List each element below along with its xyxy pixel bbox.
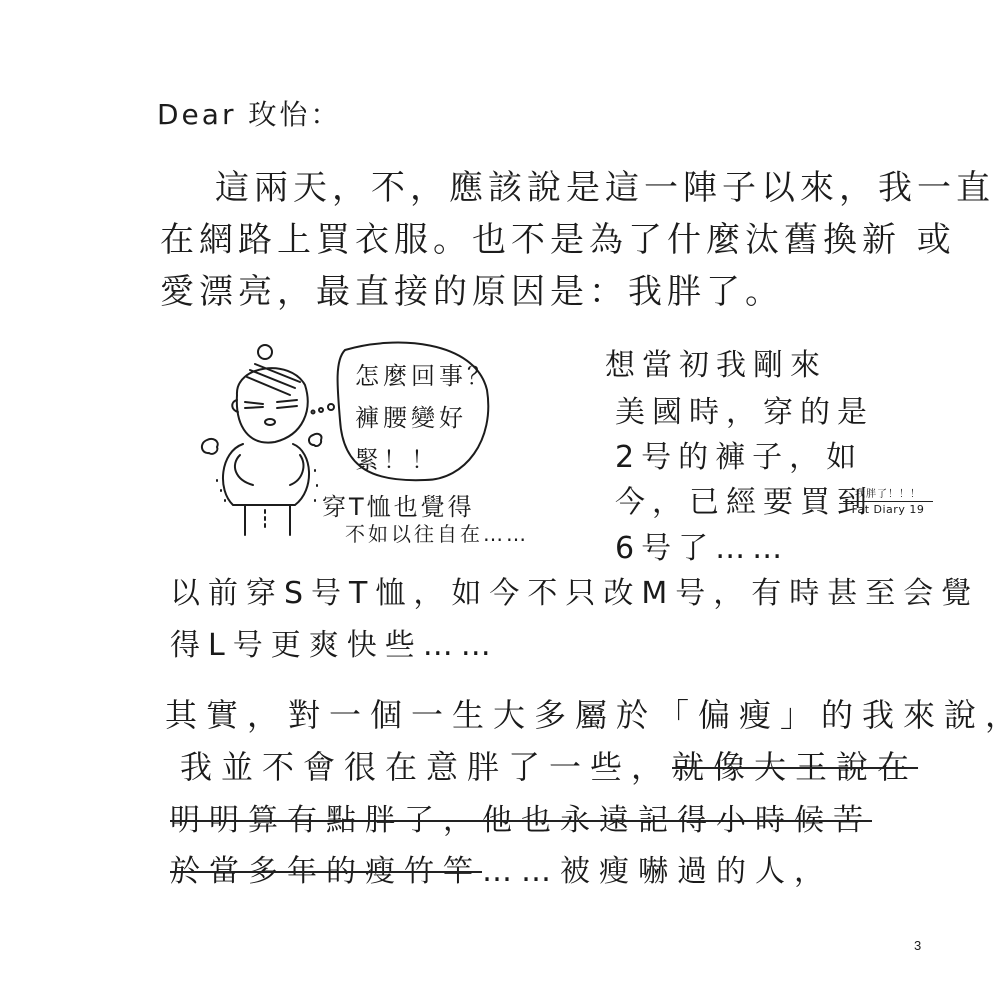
paragraph3-line4: 於當多年的瘦竹竿……被瘦嚇過的人， xyxy=(170,846,833,890)
section-subtitle: Fat Diary 19 xyxy=(843,502,933,516)
bubble-line3: 緊！！ xyxy=(355,440,439,475)
bubble-line1: 怎麼回事？ xyxy=(355,356,495,391)
page-number: 3 xyxy=(914,938,921,953)
paragraph3-line4-text: ……被瘦嚇過的人， xyxy=(482,854,833,889)
paragraph3-line1: 其實，對一個一生大多屬於「偏瘦」的我來說， xyxy=(165,690,1000,736)
struck-text: 於當多年的瘦竹竿 xyxy=(170,854,482,889)
right-col-line3: 2号的褲子，如 xyxy=(615,432,863,476)
paragraph3-line2: 我並不會很在意胖了一些，就像大王說在 xyxy=(180,742,918,788)
paragraph1-line1: 這兩天，不，應該說是這一陣子以來，我一直 xyxy=(215,160,995,209)
right-col-line4: 今，已經要買到 xyxy=(615,477,874,521)
right-col-line1: 想當初我剛來 xyxy=(605,340,827,384)
struck-text: 就像大王說在 xyxy=(672,748,918,786)
paragraph2-line1: 以前穿S号T恤，如今不只改M号，有時甚至会覺 xyxy=(170,568,979,612)
section-marker: 我胖了！！！ Fat Diary 19 xyxy=(843,485,933,516)
paragraph1-line3: 愛漂亮，最直接的原因是：我胖了。 xyxy=(160,264,784,313)
greeting: Dear 玫怡： xyxy=(157,93,341,133)
bubble-line2: 褲腰變好 xyxy=(355,398,467,433)
paragraph1-line2: 在網路上買衣服。也不是為了什麼汰舊換新 或 xyxy=(160,212,956,261)
section-title: 我胖了！！！ xyxy=(843,485,933,502)
right-col-line5: 6号了…… xyxy=(615,523,789,567)
caption-line1: 穿T恤也覺得 xyxy=(322,487,475,522)
right-col-line2: 美國時，穿的是 xyxy=(615,387,874,431)
paragraph3-line3-struck: 明明算有點胖了，他也永遠記得小時候苦 xyxy=(170,795,872,839)
paragraph2-line2: 得L号更爽快些…… xyxy=(170,620,499,664)
paragraph3-line2-text: 我並不會很在意胖了一些， xyxy=(180,748,672,786)
caption-line2: 不如以往自在…… xyxy=(345,518,529,547)
